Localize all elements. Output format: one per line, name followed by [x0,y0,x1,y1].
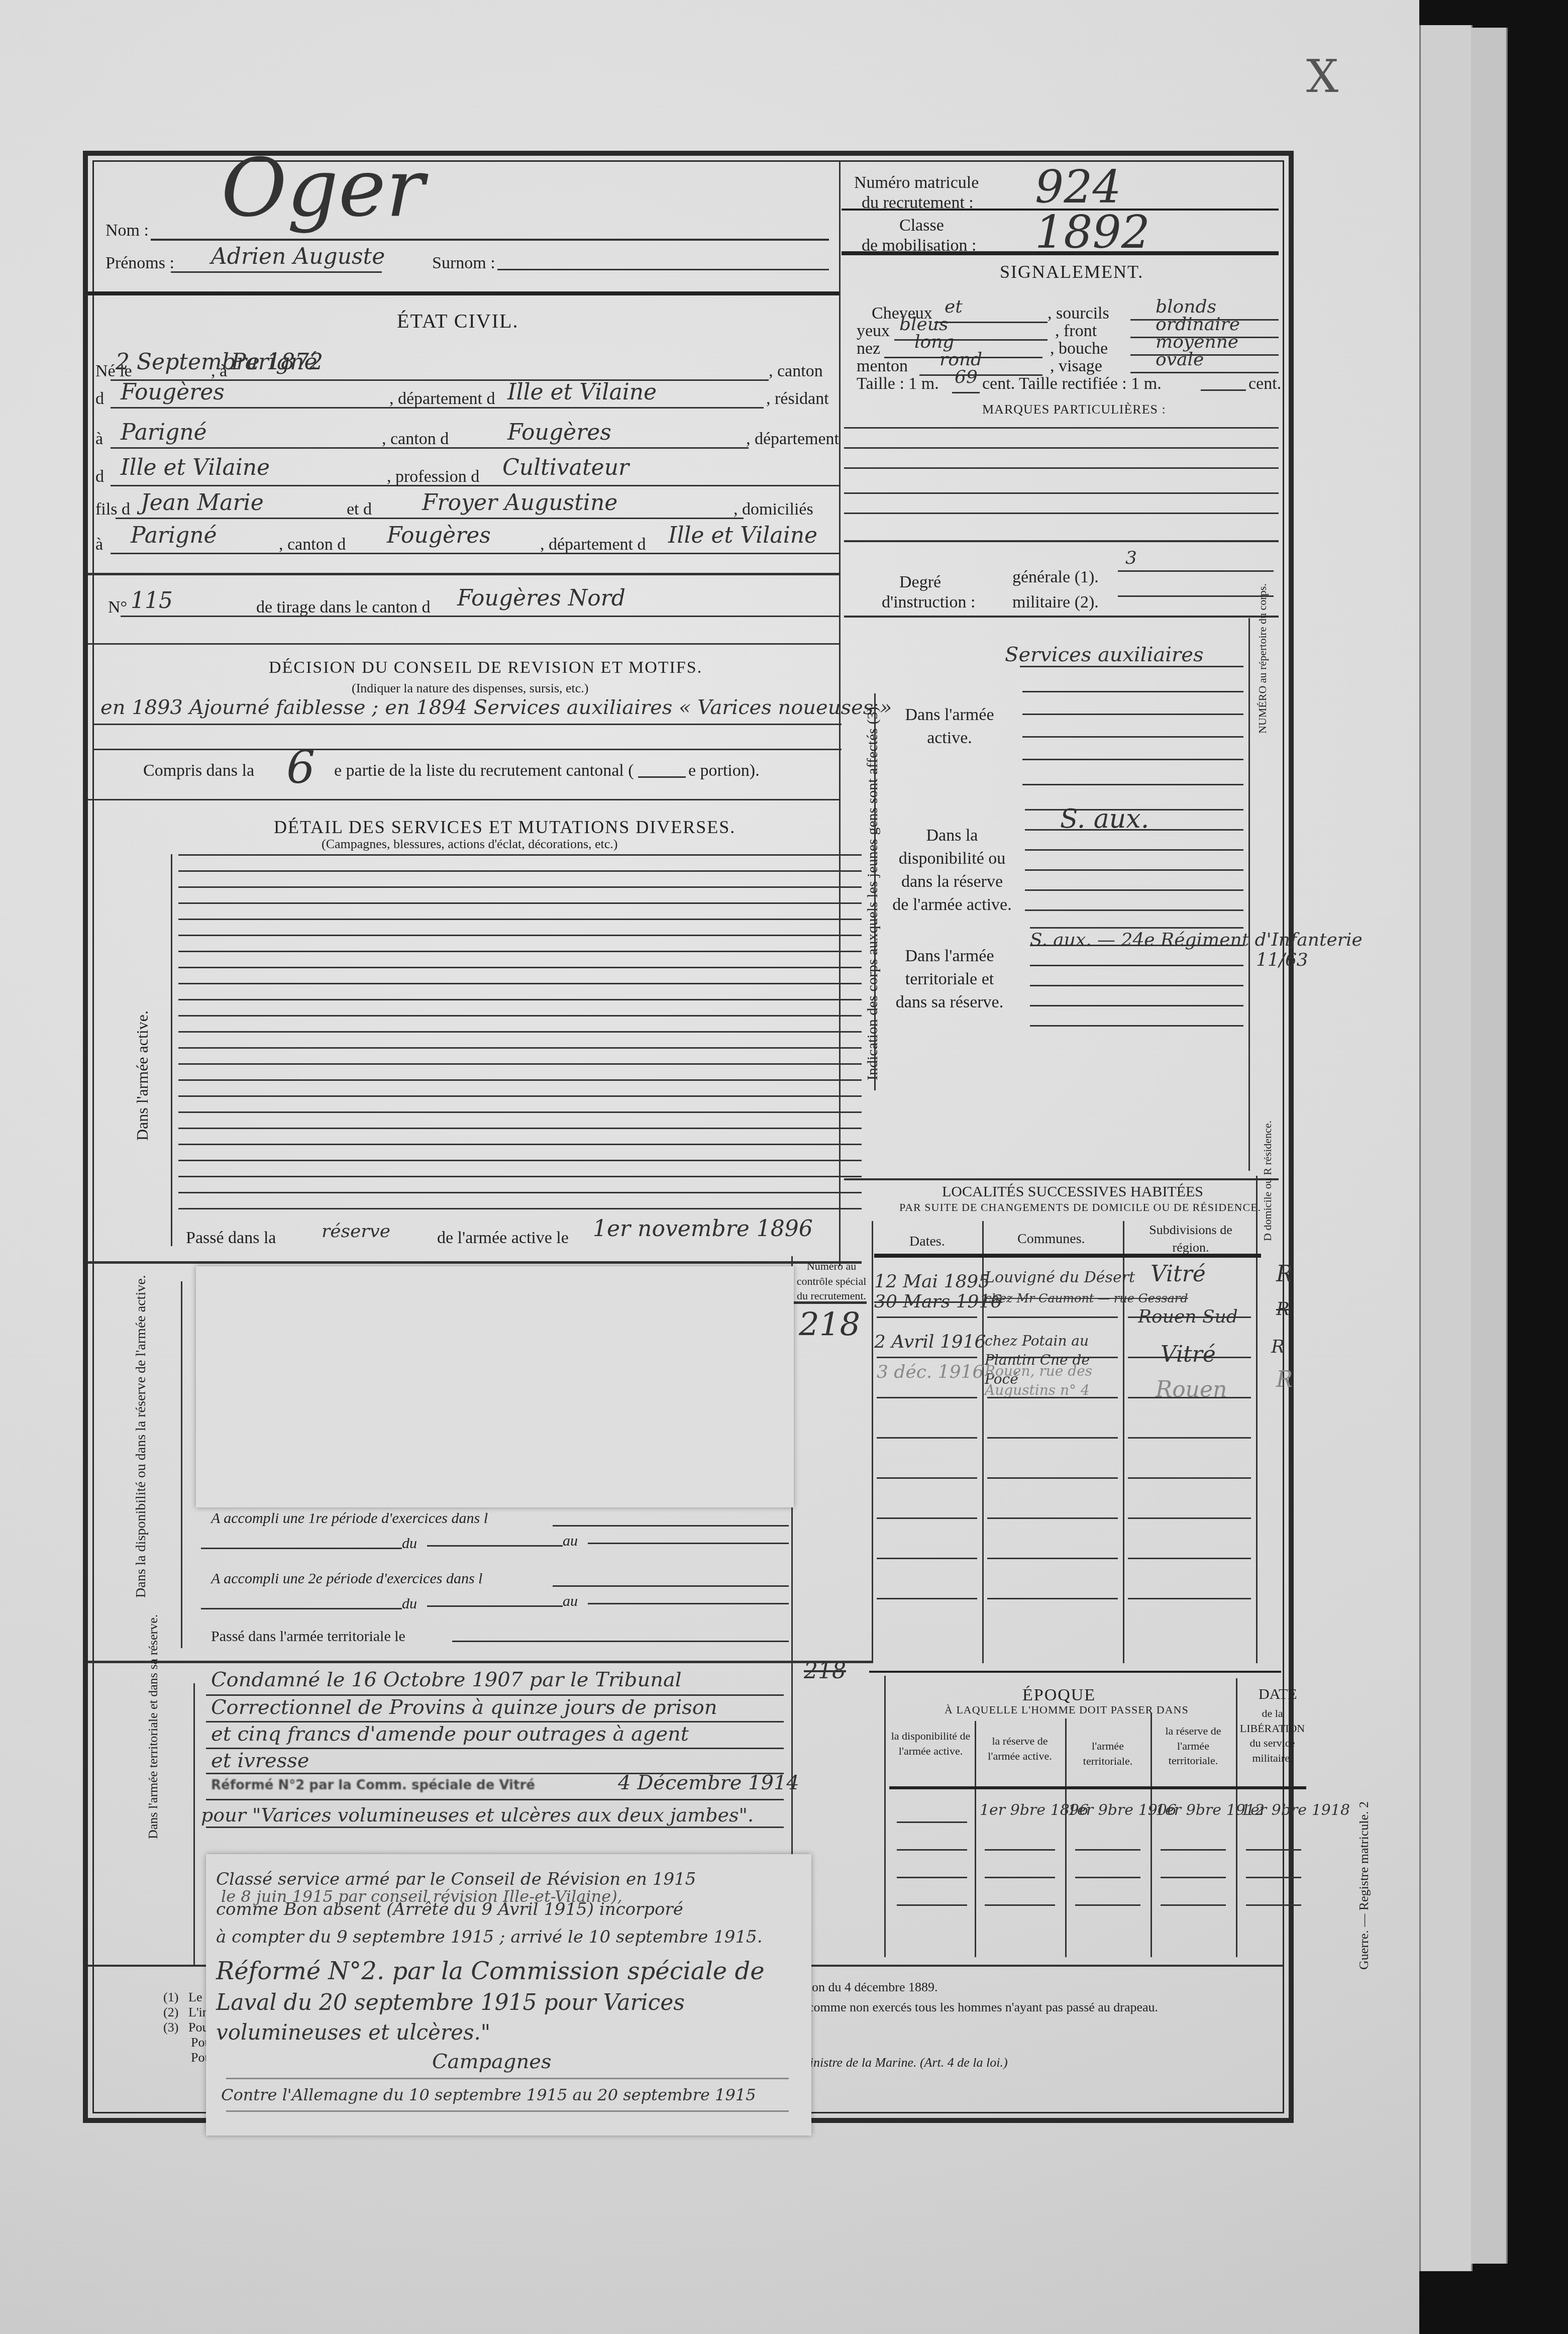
territoriale-line-4: et ivresse [211,1749,309,1772]
marques-title: MARQUES PARTICULIÈRES : [982,402,1166,417]
dom-dept-label: , département d [540,535,646,554]
territoriale-side-label: Dans l'armée territoriale et dans sa rés… [146,1648,161,1839]
front-label: , front [1055,322,1097,341]
epoque-col-disponibilite: la disponibilité de l'armée active. [889,1729,972,1758]
passe-reserve-mid-label: de l'armée active le [437,1229,569,1248]
epoque-col-reserve-active: la réserve de l'armée active. [977,1734,1063,1763]
parents-commune: Parigné [131,523,217,548]
periode1-du-label: du [402,1535,417,1552]
localite-row-4-dr: R [1276,1367,1293,1392]
instruction-label-2: d'instruction : [882,593,976,612]
pasted-note-reforme-2: Laval du 20 septembre 1915 pour Varices [216,1990,685,2015]
dom-a-label: à [95,535,103,554]
liberation-title: DATE [1259,1686,1297,1703]
yeux-label: yeux [857,322,890,341]
tirage-no-label: N° [108,598,127,617]
footnote-right-2: a comme non exercés tous les hommes n'ay… [799,2000,1158,2015]
residant-departement-label: , département [746,430,839,449]
campagnes-title: Campagnes [432,2050,551,2073]
tirage-number: 115 [131,588,173,614]
page-stack-edge [1419,25,1473,2271]
periode2-au-label: au [563,1593,578,1610]
profession-value: Cultivateur [502,455,629,480]
instruction-generale-label: générale (1). [1012,568,1099,587]
taille-rectifiee-label: cent. Taille rectifiée : 1 m. [982,374,1162,393]
passe-reserve-label: Passé dans la [186,1229,276,1248]
pasted-note-reforme-3: volumineuses et ulcères." [216,2020,490,2045]
territoriale-line-6: pour "Varices volumineuses et ulcères au… [201,1804,754,1826]
visage-value: ovale [1156,349,1204,370]
numero-controle-label: Numéro au contrôle spécial du recrutemen… [796,1259,867,1303]
periode1-au-label: au [563,1533,578,1550]
localite-row-1-date: 12 Mai 1895 [874,1271,990,1292]
localites-col-dr: D domicile ou R résidence. [1261,1121,1274,1241]
localites-col-dates: Dates. [909,1234,945,1250]
corner-mark: X [1306,50,1338,103]
periode2-label: A accompli une 2e période d'exercices da… [211,1570,482,1587]
register-margin-label: Guerre. — Registre matricule. 2 [1356,1801,1372,1970]
surnom-label: Surnom : [432,254,495,273]
territoriale-line-1: Condamné le 16 Octobre 1907 par le Tribu… [211,1668,682,1691]
page-stack-edge-back [1471,28,1508,2264]
localite-row-2-dr: R [1276,1299,1290,1320]
territoriale-line-3: et cinq francs d'amende pour outrages à … [211,1722,689,1746]
footnote-left-1: Le [188,1990,202,2005]
instruction-label-1: Degré [899,573,941,592]
compris-label: Compris dans la [143,761,254,780]
localites-title: LOCALITÉS SUCCESSIVES HABITÉES [942,1183,1203,1200]
passe-reserve-value: réserve [322,1221,390,1242]
footnote-marker-1: (1) [163,1990,178,2005]
birth-canton: Fougères [121,379,225,405]
departement-label: , département d [389,389,495,409]
birth-place: Parigné [231,349,318,375]
decision-text: en 1893 Ajourné faiblesse ; en 1894 Serv… [100,696,892,719]
corps-side-label: Indication des corps auxquels les jeunes… [864,703,881,1080]
taille-value: 69 [955,367,978,387]
prenoms-label: Prénoms : [106,254,174,273]
taille-label: Taille : 1 m. [857,374,939,393]
corps-row-active-label: Dans l'armée active. [889,703,1010,750]
decision-title: DÉCISION DU CONSEIL DE REVISION ET MOTIF… [269,658,702,677]
father-name: Jean Marie [141,490,264,516]
detail-services-title: DÉTAIL DES SERVICES ET MUTATIONS DIVERSE… [274,817,736,838]
instruction-militaire-label: militaire (2). [1012,593,1099,612]
localite-row-2-date: 30 Mars 1916 [874,1291,1002,1312]
birth-departement: Ille et Vilaine [507,379,657,405]
pasted-note-line-1: Classé service armé par le Conseil de Ré… [216,1869,696,1889]
residence-canton: Fougères [507,420,611,445]
pasted-note-line-3: comme Bon absent (Arrêté du 9 Avril 1915… [216,1899,683,1919]
nez-label: nez [857,339,880,358]
parents-departement: Ille et Vilaine [668,523,817,548]
d-label: d [95,389,104,409]
profession-label: , profession d [387,467,479,486]
campagne-entry: Contre l'Allemagne du 10 septembre 1915 … [221,2085,756,2104]
reforme-stamp-date: 4 Décembre 1914 [618,1771,799,1794]
bouche-label: , bouche [1050,339,1108,358]
localite-row-4-date: 3 déc. 1916 [877,1362,984,1382]
localites-subtitle: PAR SUITE DE CHANGEMENTS DE DOMICILE OU … [899,1201,1261,1214]
localite-row-1-commune: Louvigné du Désert [985,1269,1135,1286]
corps-row-territoriale-numero: 11/63 [1256,950,1308,970]
epoque-title: ÉPOQUE [1022,1686,1096,1705]
territoriale-line-2: Correctionnel de Provins à quinze jours … [211,1696,717,1719]
mother-name: Froyer Augustine [422,490,617,516]
pasted-note-line-4: à compter du 9 septembre 1915 ; arrivé l… [216,1927,763,1947]
a-label: , à [211,362,227,381]
liberation-value: 1er 9bre 1918 [1241,1801,1350,1819]
numero-matricule-label-1: Numéro matricule [854,173,979,192]
localites-col-subdivisions: Subdivisions de région. [1135,1221,1246,1256]
footnote-right-4: Ministre de la Marine. (Art. 4 de la loi… [799,2055,1008,2070]
pasted-blank-slip [196,1266,794,1507]
corps-row-disponibilite-label: Dans la disponibilité ou dans la réserve… [892,824,1012,917]
pasted-note-reforme-1: Réformé N°2. par la Commission spéciale … [216,1957,765,1985]
localites-col-communes: Communes. [1017,1231,1085,1247]
residant-dept-d-label: d [95,467,104,486]
residant-a-label: à [95,430,103,449]
liberation-label: de la LIBÉRATION du service militaire. [1238,1706,1306,1766]
passe-reserve-date: 1er novembre 1896 [593,1216,813,1242]
tirage-canton: Fougères Nord [457,585,625,611]
corps-row-territoriale-label: Dans l'armée territoriale et dans sa rés… [889,945,1010,1014]
canton-label: , canton [769,362,823,381]
localite-row-4-commune: Rouen, rue des Augustins n° 4 [985,1362,1120,1400]
visage-label: , visage [1050,357,1102,376]
parents-canton: Fougères [387,523,491,548]
portion-suffix: e portion). [688,761,760,780]
footnote-right-1: ction du 4 décembre 1889. [799,1980,938,1995]
localite-row-3-subdivision: Vitré [1161,1342,1216,1367]
domicilies-label: , domiciliés [734,500,813,519]
classe-label-1: Classe [899,216,944,235]
periode2-du-label: du [402,1595,417,1612]
residant-label: , résidant [766,389,829,409]
etat-civil-title: ÉTAT CIVIL. [397,309,518,333]
sourcils-label: , sourcils [1048,304,1109,323]
et-label: et d [347,500,372,519]
dom-canton-label: , canton d [279,535,346,554]
numero-repertoire-label: NUMÉRO au répertoire du corps. [1256,583,1269,734]
tirage-label: de tirage dans le canton d [256,598,430,617]
residant-canton-label: , canton d [382,430,449,449]
prenoms-value: Adrien Auguste [211,244,385,269]
localite-row-4-subdivision: Rouen [1156,1377,1227,1402]
reforme-stamp: Réformé N°2 par la Comm. spéciale de Vit… [211,1778,535,1793]
periode1-label: A accompli une 1re période d'exercices d… [211,1510,488,1527]
reserve-side-label: Dans la disponibilité ou dans la réserve… [133,1296,149,1598]
menton-label: menton [857,357,908,376]
passe-territoriale-label: Passé dans l'armée territoriale le [211,1628,405,1645]
detail-services-subtitle: (Campagnes, blessures, actions d'éclat, … [322,837,617,852]
localite-row-1-dr: R [1276,1261,1293,1287]
decision-subtitle: (Indiquer la nature des dispenses, sursi… [352,681,588,696]
instruction-generale-value: 3 [1125,548,1137,568]
corps-row-active-value: Services auxiliaires [1005,643,1203,666]
footnote-marker-3: (3) [163,2020,178,2035]
epoque-col-territoriale: l'armée territoriale. [1068,1739,1148,1768]
residence-commune: Parigné [121,420,207,445]
signalement-title: SIGNALEMENT. [1000,261,1143,282]
residence-departement: Ille et Vilaine [121,455,270,480]
localite-row-3-date: 2 Avril 1916 [874,1332,986,1352]
compris-value: 6 [286,741,315,794]
territoriale-numero: 218 [804,1658,846,1684]
localite-row-3-dr: R [1271,1337,1285,1357]
compris-suffix: e partie de la liste du recrutement cant… [334,761,634,780]
cent-label: cent. [1248,374,1281,393]
localite-row-2-commune: chez Mr Caumont — rue Gessard [985,1291,1188,1305]
corps-row-territoriale-value: S. aux. — 24e Régiment d'Infanterie [1030,930,1363,950]
footnote-marker-2: (2) [163,2005,178,2020]
detail-services-side-label: Dans l'armée active. [133,1010,152,1141]
numero-controle-value: 218 [799,1306,860,1344]
nom-value: Oger [221,141,425,235]
nom-label: Nom : [106,221,149,240]
epoque-col-reserve-territoriale: la réserve de l'armée territoriale. [1153,1723,1233,1768]
localite-row-1-subdivision: Vitré [1151,1261,1206,1287]
fils-label: fils d [95,500,130,519]
